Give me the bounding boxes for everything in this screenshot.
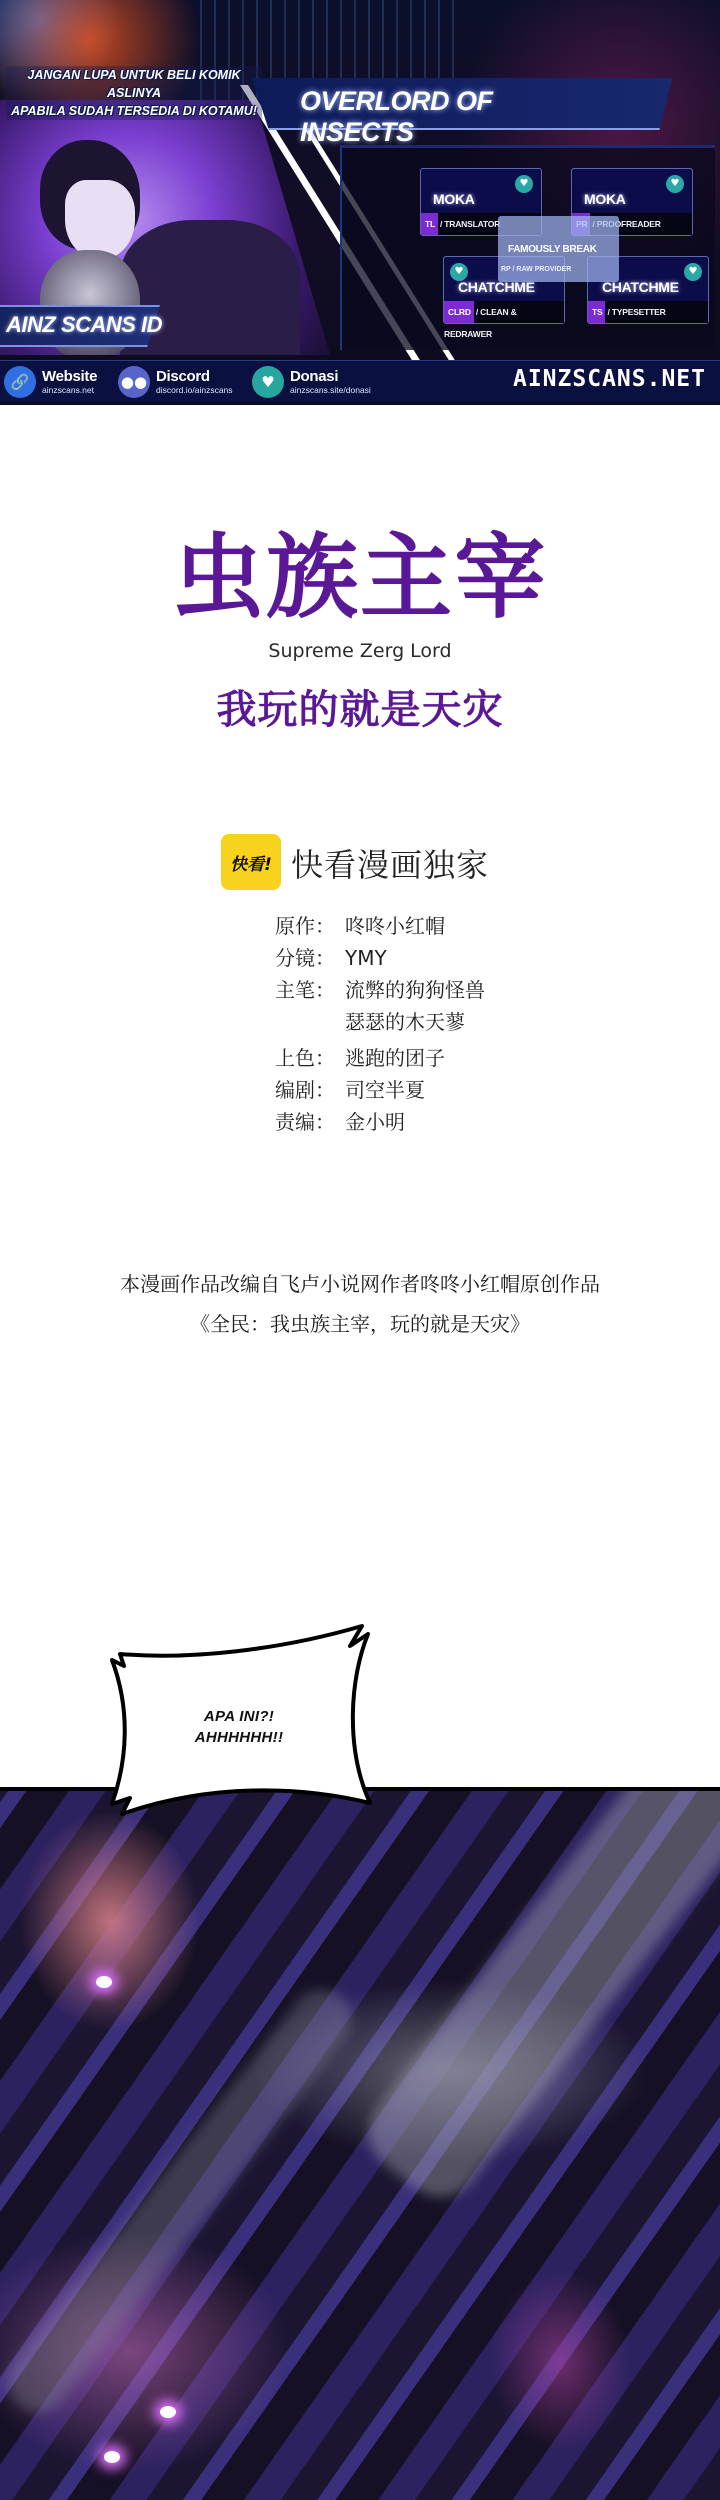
group-name: AINZ SCANS ID [6,312,162,338]
discord-link[interactable]: ●● Discord discord.io/ainzscans [118,365,233,399]
link-url: discord.io/ainzscans [156,386,233,395]
discord-icon: ●● [118,366,150,398]
staff-role: 主笔： [275,974,345,1038]
chinese-title: 虫族主宰 [0,528,720,628]
heart-hand-icon: ♥ [252,366,284,398]
character-face [65,180,135,260]
buy-original-notice: JANGAN LUPA UNTUK BELI KOMIK ASLINYA APA… [6,66,262,120]
staff-row: 原作： 咚咚小红帽 [275,910,535,942]
heart-icon: ♥ [515,175,533,193]
series-title: OVERLORD OF INSECTS [300,86,600,148]
link-label: Discord [156,369,233,384]
role-text: / TYPESETTER [607,307,665,317]
notice-line: JANGAN LUPA UNTUK BELI KOMIK ASLINYA [6,66,262,102]
link-url: ainzscans.net [42,386,97,395]
glowing-eye [104,2451,120,2463]
staff-name: 司空半夏 [345,1074,425,1106]
link-icon: 🔗 [4,366,36,398]
platform-exclusive-text: 快看漫画独家 [291,840,489,886]
speech-line: APA INI?! [100,1706,378,1727]
staff-role: 原作： [275,910,345,942]
notice-line: APABILA SUDAH TERSEDIA DI KOTAMU! [6,102,262,120]
staff-row: 责编： 金小明 [275,1106,535,1138]
original-work-title: 《全民：我虫族主宰，玩的就是天灾》 [0,1308,720,1337]
link-url: ainzscans.site/donasi [290,386,371,395]
link-label: Donasi [290,369,371,384]
role-tag: TL [421,213,438,235]
comic-panel [0,1787,720,2500]
staff-name: 金小明 [345,1106,405,1138]
speech-text: APA INI?! AHHHHHH!! [100,1706,378,1748]
staff-name: 瑟瑟的木天蓼 [345,1006,485,1038]
chinese-subtitle: 我玩的就是天灾 [0,678,720,735]
staff-name: 流弊的狗狗怪兽 [345,974,485,1006]
credit-role: CLRD/ CLEAN & REDRAWER [444,301,564,323]
english-title: Supreme Zerg Lord [0,640,720,662]
website-link[interactable]: 🔗 Website ainzscans.net [4,365,97,399]
role-tag: CLRD [444,301,474,323]
credit-name: MOKA [433,191,475,207]
staff-role: 责编： [275,1106,345,1138]
staff-role: 编剧： [275,1074,345,1106]
scanlation-banner: JANGAN LUPA UNTUK BELI KOMIK ASLINYA APA… [0,0,720,405]
motion-streak [353,1787,720,2213]
kuaikan-logo: 快看! [221,834,281,890]
staff-name: 逃跑的团子 [345,1042,445,1074]
staff-credits: 原作： 咚咚小红帽 分镜： YMY 主笔： 流弊的狗狗怪兽 瑟瑟的木天蓼 上色：… [275,910,535,1138]
donation-link[interactable]: ♥ Donasi ainzscans.site/donasi [252,365,371,399]
credit-card-raw-provider: FAMOUSLY BREAK RP / RAW PROVIDER [498,216,619,282]
heart-icon: ♥ [684,263,702,281]
staff-row: 分镜： YMY [275,942,535,974]
role-text: / TRANSLATOR [440,219,500,229]
staff-role: 上色： [275,1042,345,1074]
site-domain[interactable]: AINZSCANS.NET [513,366,706,392]
link-label: Website [42,369,97,384]
credit-role: RP / RAW PROVIDER [501,266,571,273]
glowing-eye [96,1976,112,1988]
staff-role: 分镜： [275,942,345,974]
staff-row: 编剧： 司空半夏 [275,1074,535,1106]
speech-bubble: APA INI?! AHHHHHH!! [100,1618,378,1818]
staff-name: 咚咚小红帽 [345,910,445,942]
staff-name: YMY [345,942,387,974]
staff-row: 主笔： 流弊的狗狗怪兽 瑟瑟的木天蓼 [275,974,535,1038]
credit-role: TS/ TYPESETTER [588,301,708,323]
role-tag: TS [588,301,605,323]
adaptation-note: 本漫画作品改编自飞卢小说网作者咚咚小红帽原创作品 [0,1268,720,1297]
glowing-eye [160,2406,176,2418]
heart-icon: ♥ [666,175,684,193]
credit-name: FAMOUSLY BREAK [508,244,597,255]
staff-row: 上色： 逃跑的团子 [275,1042,535,1074]
motion-streak [0,1978,364,2425]
credit-name: MOKA [584,191,626,207]
speech-line: AHHHHHH!! [100,1727,378,1748]
